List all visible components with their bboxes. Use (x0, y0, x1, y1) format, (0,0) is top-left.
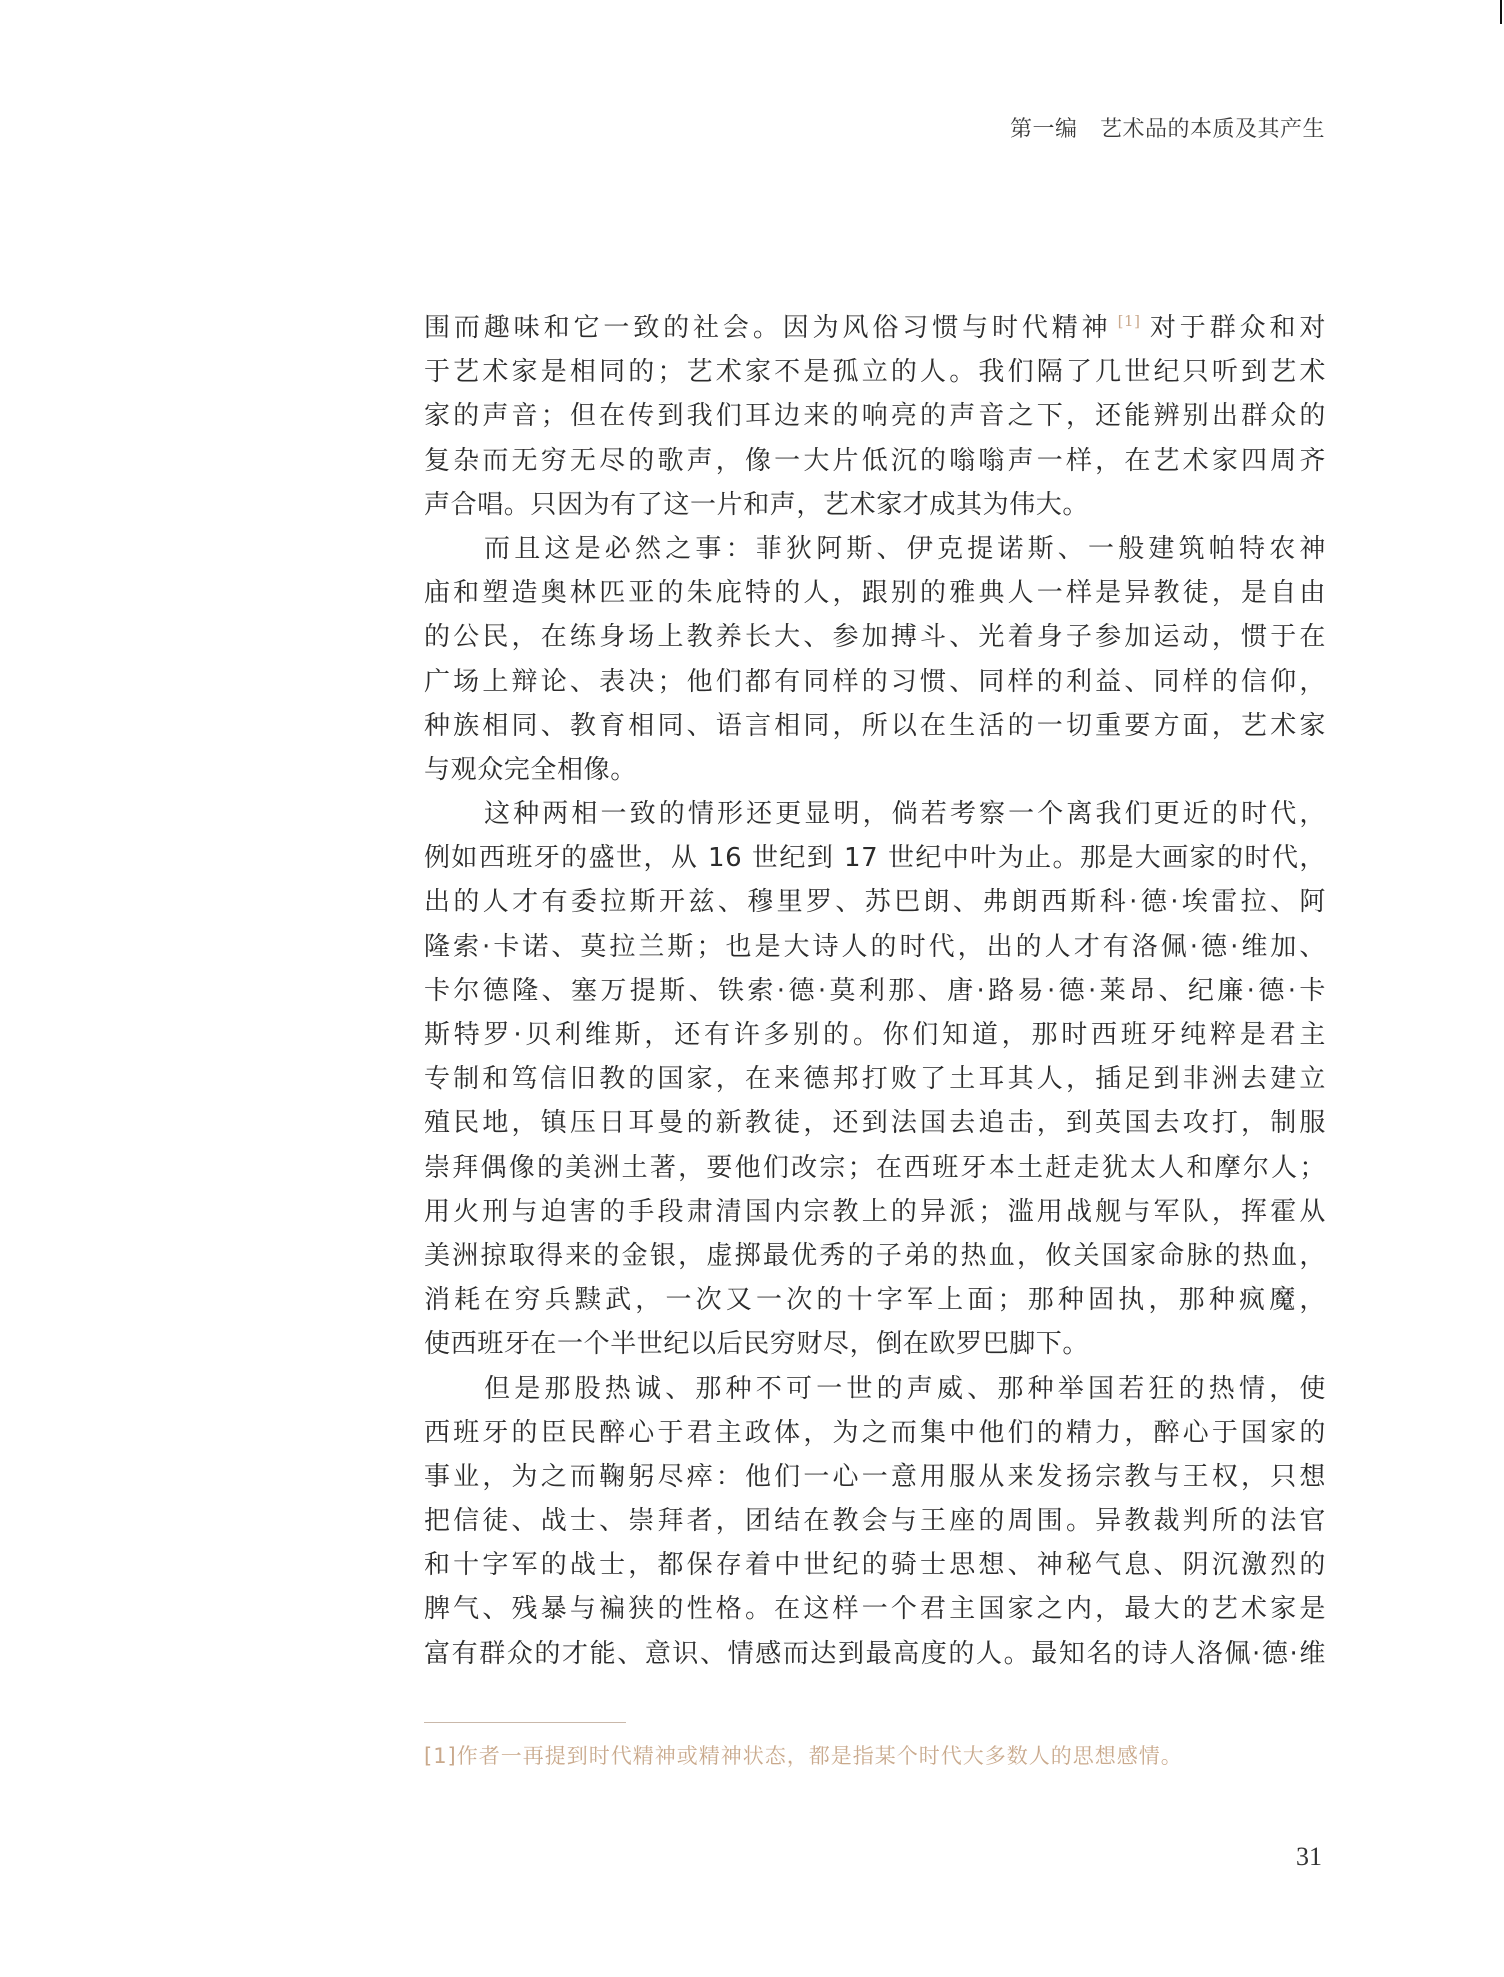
body-line: 广场上辩论、表决；他们都有同样的习惯、同样的利益、同样的信仰， (424, 660, 1326, 704)
body-line: 殖民地，镇压日耳曼的新教徒，还到法国去追击，到英国去攻打，制服 (424, 1101, 1326, 1145)
body-line: 脾气、残暴与褊狭的性格。在这样一个君主国家之内，最大的艺术家是 (424, 1587, 1326, 1631)
paragraph-start-line: 这种两相一致的情形还更显明，倘若考察一个离我们更近的时代， (424, 792, 1326, 836)
body-line: 事业，为之而鞠躬尽瘁：他们一心一意用服从来发扬宗教与王权，只想 (424, 1455, 1326, 1499)
body-line: 种族相同、教育相同、语言相同，所以在生活的一切重要方面，艺术家 (424, 704, 1326, 748)
footnote-divider (424, 1722, 626, 1723)
body-line: 家的声音；但在传到我们耳边来的响亮的声音之下，还能辨别出群众的 (424, 394, 1326, 438)
body-line: 专制和笃信旧教的国家，在来德邦打败了土耳其人，插足到非洲去建立 (424, 1057, 1326, 1101)
body-line: 卡尔德隆、塞万提斯、铁索·德·莫利那、唐·路易·德·莱昂、纪廉·德·卡 (424, 969, 1326, 1013)
body-line: 于艺术家是相同的；艺术家不是孤立的人。我们隔了几世纪只听到艺术 (424, 350, 1326, 394)
body-line: 把信徒、战士、崇拜者，团结在教会与王座的周围。异教裁判所的法官 (424, 1499, 1326, 1543)
body-line: 隆索·卡诺、莫拉兰斯；也是大诗人的时代，出的人才有洛佩·德·维加、 (424, 925, 1326, 969)
footnote-reference[interactable]: [1] (1118, 312, 1141, 330)
body-line: 和十字军的战士，都保存着中世纪的骑士思想、神秘气息、阴沉激烈的 (424, 1543, 1326, 1587)
body-line: 崇拜偶像的美洲土著，要他们改宗；在西班牙本土赶走犹太人和摩尔人； (424, 1146, 1326, 1190)
body-line: 例如西班牙的盛世，从 16 世纪到 17 世纪中叶为止。那是大画家的时代， (424, 836, 1326, 880)
body-line: 与观众完全相像。 (424, 748, 1326, 792)
body-line: 用火刑与迫害的手段肃清国内宗教上的异派；滥用战舰与军队，挥霍从 (424, 1190, 1326, 1234)
body-line: 围而趣味和它一致的社会。因为风俗习惯与时代精神[1]对于群众和对 (424, 306, 1326, 350)
page-number: 31 (1296, 1842, 1322, 1872)
paragraph-start-line: 而且这是必然之事：菲狄阿斯、伊克提诺斯、一般建筑帕特农神 (424, 527, 1326, 571)
body-line: 的公民，在练身场上教养长大、参加搏斗、光着身子参加运动，惯于在 (424, 615, 1326, 659)
body-line: 出的人才有委拉斯开兹、穆里罗、苏巴朗、弗朗西斯科·德·埃雷拉、阿 (424, 880, 1326, 924)
body-line: 富有群众的才能、意识、情感而达到最高度的人。最知名的诗人洛佩·德·维 (424, 1632, 1326, 1676)
running-head: 第一编 艺术品的本质及其产生 (1010, 112, 1325, 143)
body-line: 斯特罗·贝利维斯，还有许多别的。你们知道，那时西班牙纯粹是君主 (424, 1013, 1326, 1057)
body-line: 西班牙的臣民醉心于君主政体，为之而集中他们的精力，醉心于国家的 (424, 1411, 1326, 1455)
body-line: 美洲掠取得来的金银，虚掷最优秀的子弟的热血，攸关国家命脉的热血， (424, 1234, 1326, 1278)
footnote: [1]作者一再提到时代精神或精神状态，都是指某个时代大多数人的思想感情。 (424, 1740, 1183, 1770)
page-edge-mark (1500, 0, 1502, 24)
body-line: 复杂而无穷无尽的歌声，像一大片低沉的嗡嗡声一样，在艺术家四周齐 (424, 439, 1326, 483)
body-line: 消耗在穷兵黩武，一次又一次的十字军上面；那种固执，那种疯魔， (424, 1278, 1326, 1322)
body-line: 庙和塑造奥林匹亚的朱庇特的人，跟别的雅典人一样是异教徒，是自由 (424, 571, 1326, 615)
paragraph-start-line: 但是那股热诚、那种不可一世的声威、那种举国若狂的热情，使 (424, 1367, 1326, 1411)
body-text: 围而趣味和它一致的社会。因为风俗习惯与时代精神[1]对于群众和对 于艺术家是相同… (424, 306, 1326, 1676)
body-line: 使西班牙在一个半世纪以后民穷财尽，倒在欧罗巴脚下。 (424, 1322, 1326, 1366)
body-line: 声合唱。只因为有了这一片和声，艺术家才成其为伟大。 (424, 483, 1326, 527)
